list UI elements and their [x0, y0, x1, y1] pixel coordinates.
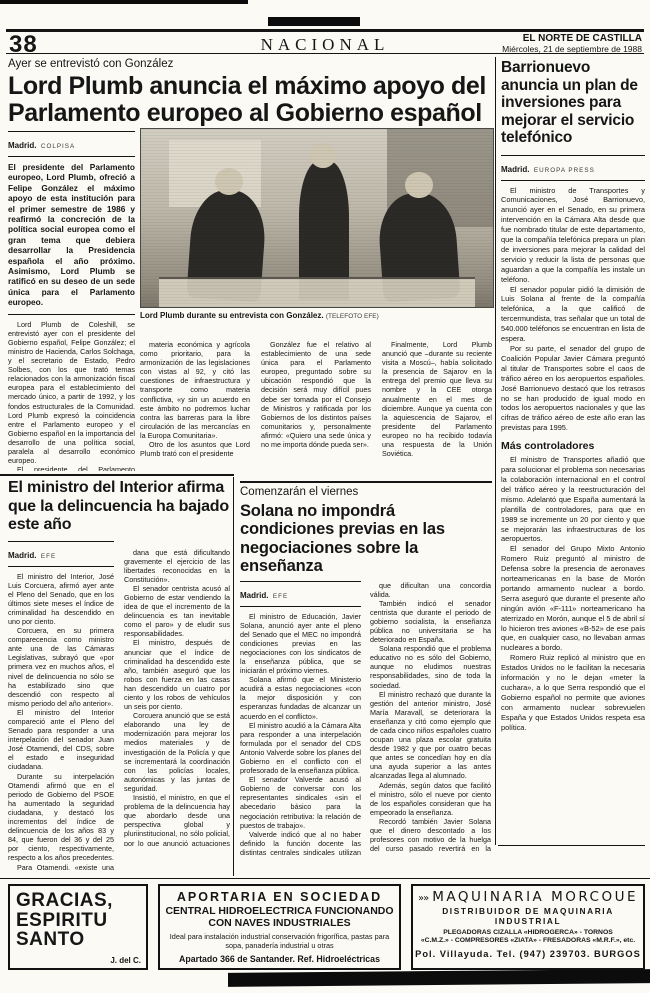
- rail-byline: Madrid. EUROPA PRESS: [501, 155, 645, 181]
- header-rule-bottom: [6, 53, 644, 54]
- paragraph: materia económica y agrícola como priori…: [140, 340, 250, 440]
- photo-credit: (TELEFOTO EFE): [326, 313, 379, 320]
- header-rule-top: [6, 29, 644, 32]
- ad-hidro-footer: Apartado 366 de Santander. Ref. Hidroelé…: [160, 954, 399, 964]
- paragraph: El ministro de Transportes y Comunicacio…: [501, 186, 645, 285]
- ad-morcoue-brand: MAQUINARIA MORCOUE: [432, 889, 638, 905]
- paragraph: Romero Ruiz replicó al ministro que en E…: [501, 653, 645, 732]
- ad-morcoue-subtitle: DISTRIBUIDOR DE MAQUINARIA INDUSTRIAL: [413, 906, 643, 926]
- paragraph: El senador del Grupo Mixto Antonio Romer…: [501, 544, 645, 653]
- photo-caption-text: Lord Plumb durante su entrevista con Gon…: [140, 311, 324, 320]
- paper-name: EL NORTE DE CASTILLA: [502, 33, 642, 44]
- ad-morcoue-line2: «C.M.Z.» - COMPRESORES «ZIATA» - FRESADO…: [419, 937, 637, 945]
- solana-headline: Solana no impondrá condiciones previas e…: [240, 502, 490, 576]
- solana-byline: Madrid. EFE: [240, 581, 361, 607]
- rail-body-2: El ministro de Transportes añadió que pa…: [501, 455, 645, 732]
- byline-city: Madrid.: [501, 165, 529, 174]
- rail-subhead: Más controladores: [501, 440, 645, 452]
- ad-hidro-title2: CENTRAL HIDROELECTRICA FUNCIONANDO CON N…: [160, 906, 399, 929]
- ad-gracias: GRACIAS, ESPIRITU SANTO J. del C.: [8, 884, 148, 970]
- paragraph: También indicó el senador centrista que …: [370, 599, 491, 644]
- paragraph: Valverde indicó que al no haber definido…: [240, 830, 361, 857]
- byline-city: Madrid.: [8, 551, 36, 560]
- byline-city: Madrid.: [8, 141, 36, 150]
- lead-col-a: materia económica y agrícola como priori…: [140, 340, 250, 473]
- paragraph: dana que está dificultando gravemente el…: [124, 548, 230, 584]
- solana-col-1: El ministro de Educación, Javier Solana,…: [240, 612, 361, 857]
- lead-bottom-columns: materia económica y agrícola como priori…: [140, 340, 492, 473]
- ad-gracias-line2: ESPIRITU: [16, 911, 140, 931]
- rail-story: Barrionuevo anuncia un plan de inversion…: [501, 59, 645, 843]
- rail-headline: Barrionuevo anuncia un plan de inversion…: [501, 59, 645, 147]
- paragraph: González fue el relativo al establecimie…: [261, 340, 371, 449]
- ad-gracias-signature: J. del C.: [110, 956, 141, 965]
- paragraph: El ministro del Interior compareció ante…: [8, 708, 114, 772]
- byline-agency: EUROPA PRESS: [534, 167, 595, 174]
- interior-headline: El ministro del Interior afirma que la d…: [8, 479, 230, 535]
- interior-columns: El ministro del Interior, José Luis Corc…: [8, 572, 234, 870]
- solana-story: Comenzarán el viernes Solana no impondrá…: [240, 481, 492, 857]
- ad-morcoue: »»MAQUINARIA MORCOUE DISTRIBUIDOR DE MAQ…: [411, 884, 645, 970]
- paragraph: El senador popular pidió la dimisión de …: [501, 285, 645, 344]
- paragraph: El ministro de Educación, Javier Solana,…: [240, 612, 361, 676]
- interior-byline: Madrid. EFE: [8, 541, 114, 567]
- paragraph: El senador Valverde acusó al Gobierno de…: [240, 775, 361, 830]
- paragraph: Por su parte, el senador del grupo de Co…: [501, 344, 645, 433]
- ad-morcoue-brand-row: »»MAQUINARIA MORCOUE: [413, 889, 643, 905]
- paragraph: Otro de los asuntos que Lord Plumb trató…: [140, 440, 250, 458]
- paragraph: El ministro de Transportes añadió que pa…: [501, 455, 645, 544]
- morcoue-logo-icon: »»: [418, 893, 428, 904]
- ad-hidroelectrica: APORTARIA EN SOCIEDAD CENTRAL HIDROELECT…: [158, 884, 401, 970]
- lead-byline: Madrid. COLPISA: [8, 131, 135, 157]
- ad-hidro-title1: APORTARIA EN SOCIEDAD: [160, 890, 399, 904]
- paragraph: Solana afirmó que el Ministerio acudirá …: [240, 675, 361, 720]
- byline-agency: EFE: [273, 593, 288, 600]
- paragraph: El ministro acudió a la Cámara Alta para…: [240, 721, 361, 776]
- ad-hidro-body: Ideal para instalación industrial conser…: [168, 933, 391, 950]
- rail-body-1: El ministro de Transportes y Comunicacio…: [501, 186, 645, 434]
- ads-top-rule: [0, 878, 650, 879]
- scan-artifact-bottom: [228, 969, 650, 987]
- byline-agency: EFE: [41, 553, 56, 560]
- scan-artifact-top-center: [268, 17, 360, 26]
- solana-col-1-wrap: Madrid. EFE El ministro de Educación, Ja…: [240, 581, 361, 857]
- solana-kicker: Comenzarán el viernes: [240, 483, 492, 502]
- solana-col-2: que dificultan una concordia válida.Tamb…: [370, 581, 491, 853]
- rail-vertical-rule: [495, 57, 496, 845]
- lead-body-left: Lord Plumb de Coleshill, se entrevistó a…: [8, 320, 135, 471]
- newspaper-page: 38 NACIONAL EL NORTE DE CASTILLA Miércol…: [0, 0, 650, 993]
- lead-headline: Lord Plumb anuncia el máximo apoyo del P…: [8, 73, 494, 126]
- mid-band-rule: [0, 474, 234, 476]
- ad-morcoue-line1: PLEGADORAS CIZALLA «HIDROGERCA» - TORNOS: [419, 929, 637, 937]
- lead-left-column: Madrid. COLPISA El presidente del Parlam…: [8, 131, 135, 471]
- paragraph: Solana respondió que el problema educati…: [370, 644, 491, 689]
- lead-col-b: González fue el relativo al establecimie…: [261, 340, 371, 473]
- paragraph: Corcuera, en su primera comparecencia co…: [8, 626, 114, 708]
- lead-kicker: Ayer se entrevistó con González: [8, 58, 173, 70]
- paragraph: Finalmente, Lord Plumb anunció que –dura…: [382, 340, 492, 458]
- ad-gracias-line1: GRACIAS,: [16, 891, 140, 911]
- interior-story: El ministro del Interior afirma que la d…: [8, 479, 234, 870]
- paragraph: Durante su interpelación Otamendi afirmó…: [8, 772, 114, 863]
- interior-col-2: dana que está dificultando gravemente el…: [124, 548, 230, 846]
- lead-col-c: Finalmente, Lord Plumb anunció que –dura…: [382, 340, 492, 473]
- photo-caption: Lord Plumb durante su entrevista con Gon…: [140, 311, 492, 320]
- paragraph: El ministro del Interior, José Luis Corc…: [8, 572, 114, 627]
- paragraph: que dificultan una concordia válida.: [370, 581, 491, 599]
- paragraph: Lord Plumb de Coleshill, se entrevistó a…: [8, 320, 135, 466]
- byline-agency: COLPISA: [41, 143, 75, 150]
- solana-columns: Madrid. EFE El ministro de Educación, Ja…: [240, 581, 492, 857]
- ad-gracias-line3: SANTO: [16, 930, 140, 950]
- news-photo: [140, 128, 494, 308]
- paragraph: Para Otamendi, «existe una sensación de …: [8, 863, 114, 870]
- paragraph: El senador centrista acusó al Gobierno d…: [124, 584, 230, 639]
- rail-bottom-rule: [498, 845, 645, 846]
- paragraph: Insistió, el ministro, en que el problem…: [124, 793, 230, 845]
- paragraph: El presidente del Parlamento europeo señ…: [8, 465, 135, 471]
- scan-artifact-top-left: [0, 0, 248, 4]
- interior-col-1: El ministro del Interior, José Luis Corc…: [8, 572, 114, 870]
- photo-grain: [141, 129, 493, 307]
- ads-row: GRACIAS, ESPIRITU SANTO J. del C. APORTA…: [8, 884, 645, 970]
- paragraph: El ministro, después de anunciar que el …: [124, 638, 230, 711]
- paragraph: Corcuera anunció que se está elaborando …: [124, 711, 230, 793]
- paragraph: Recordó también Javier Solana que el din…: [370, 817, 491, 853]
- byline-city: Madrid.: [240, 591, 268, 600]
- masthead: EL NORTE DE CASTILLA Miércoles, 21 de se…: [502, 33, 642, 55]
- lead-summary: El presidente del Parlamento europeo, Lo…: [8, 162, 135, 315]
- paragraph: Además, según datos que facilitó el mini…: [370, 781, 491, 817]
- ad-morcoue-footer: Pol. Villayuda. Tel. (947) 239703. BURGO…: [413, 949, 643, 959]
- paragraph: El ministro rechazó que durante la gesti…: [370, 690, 491, 781]
